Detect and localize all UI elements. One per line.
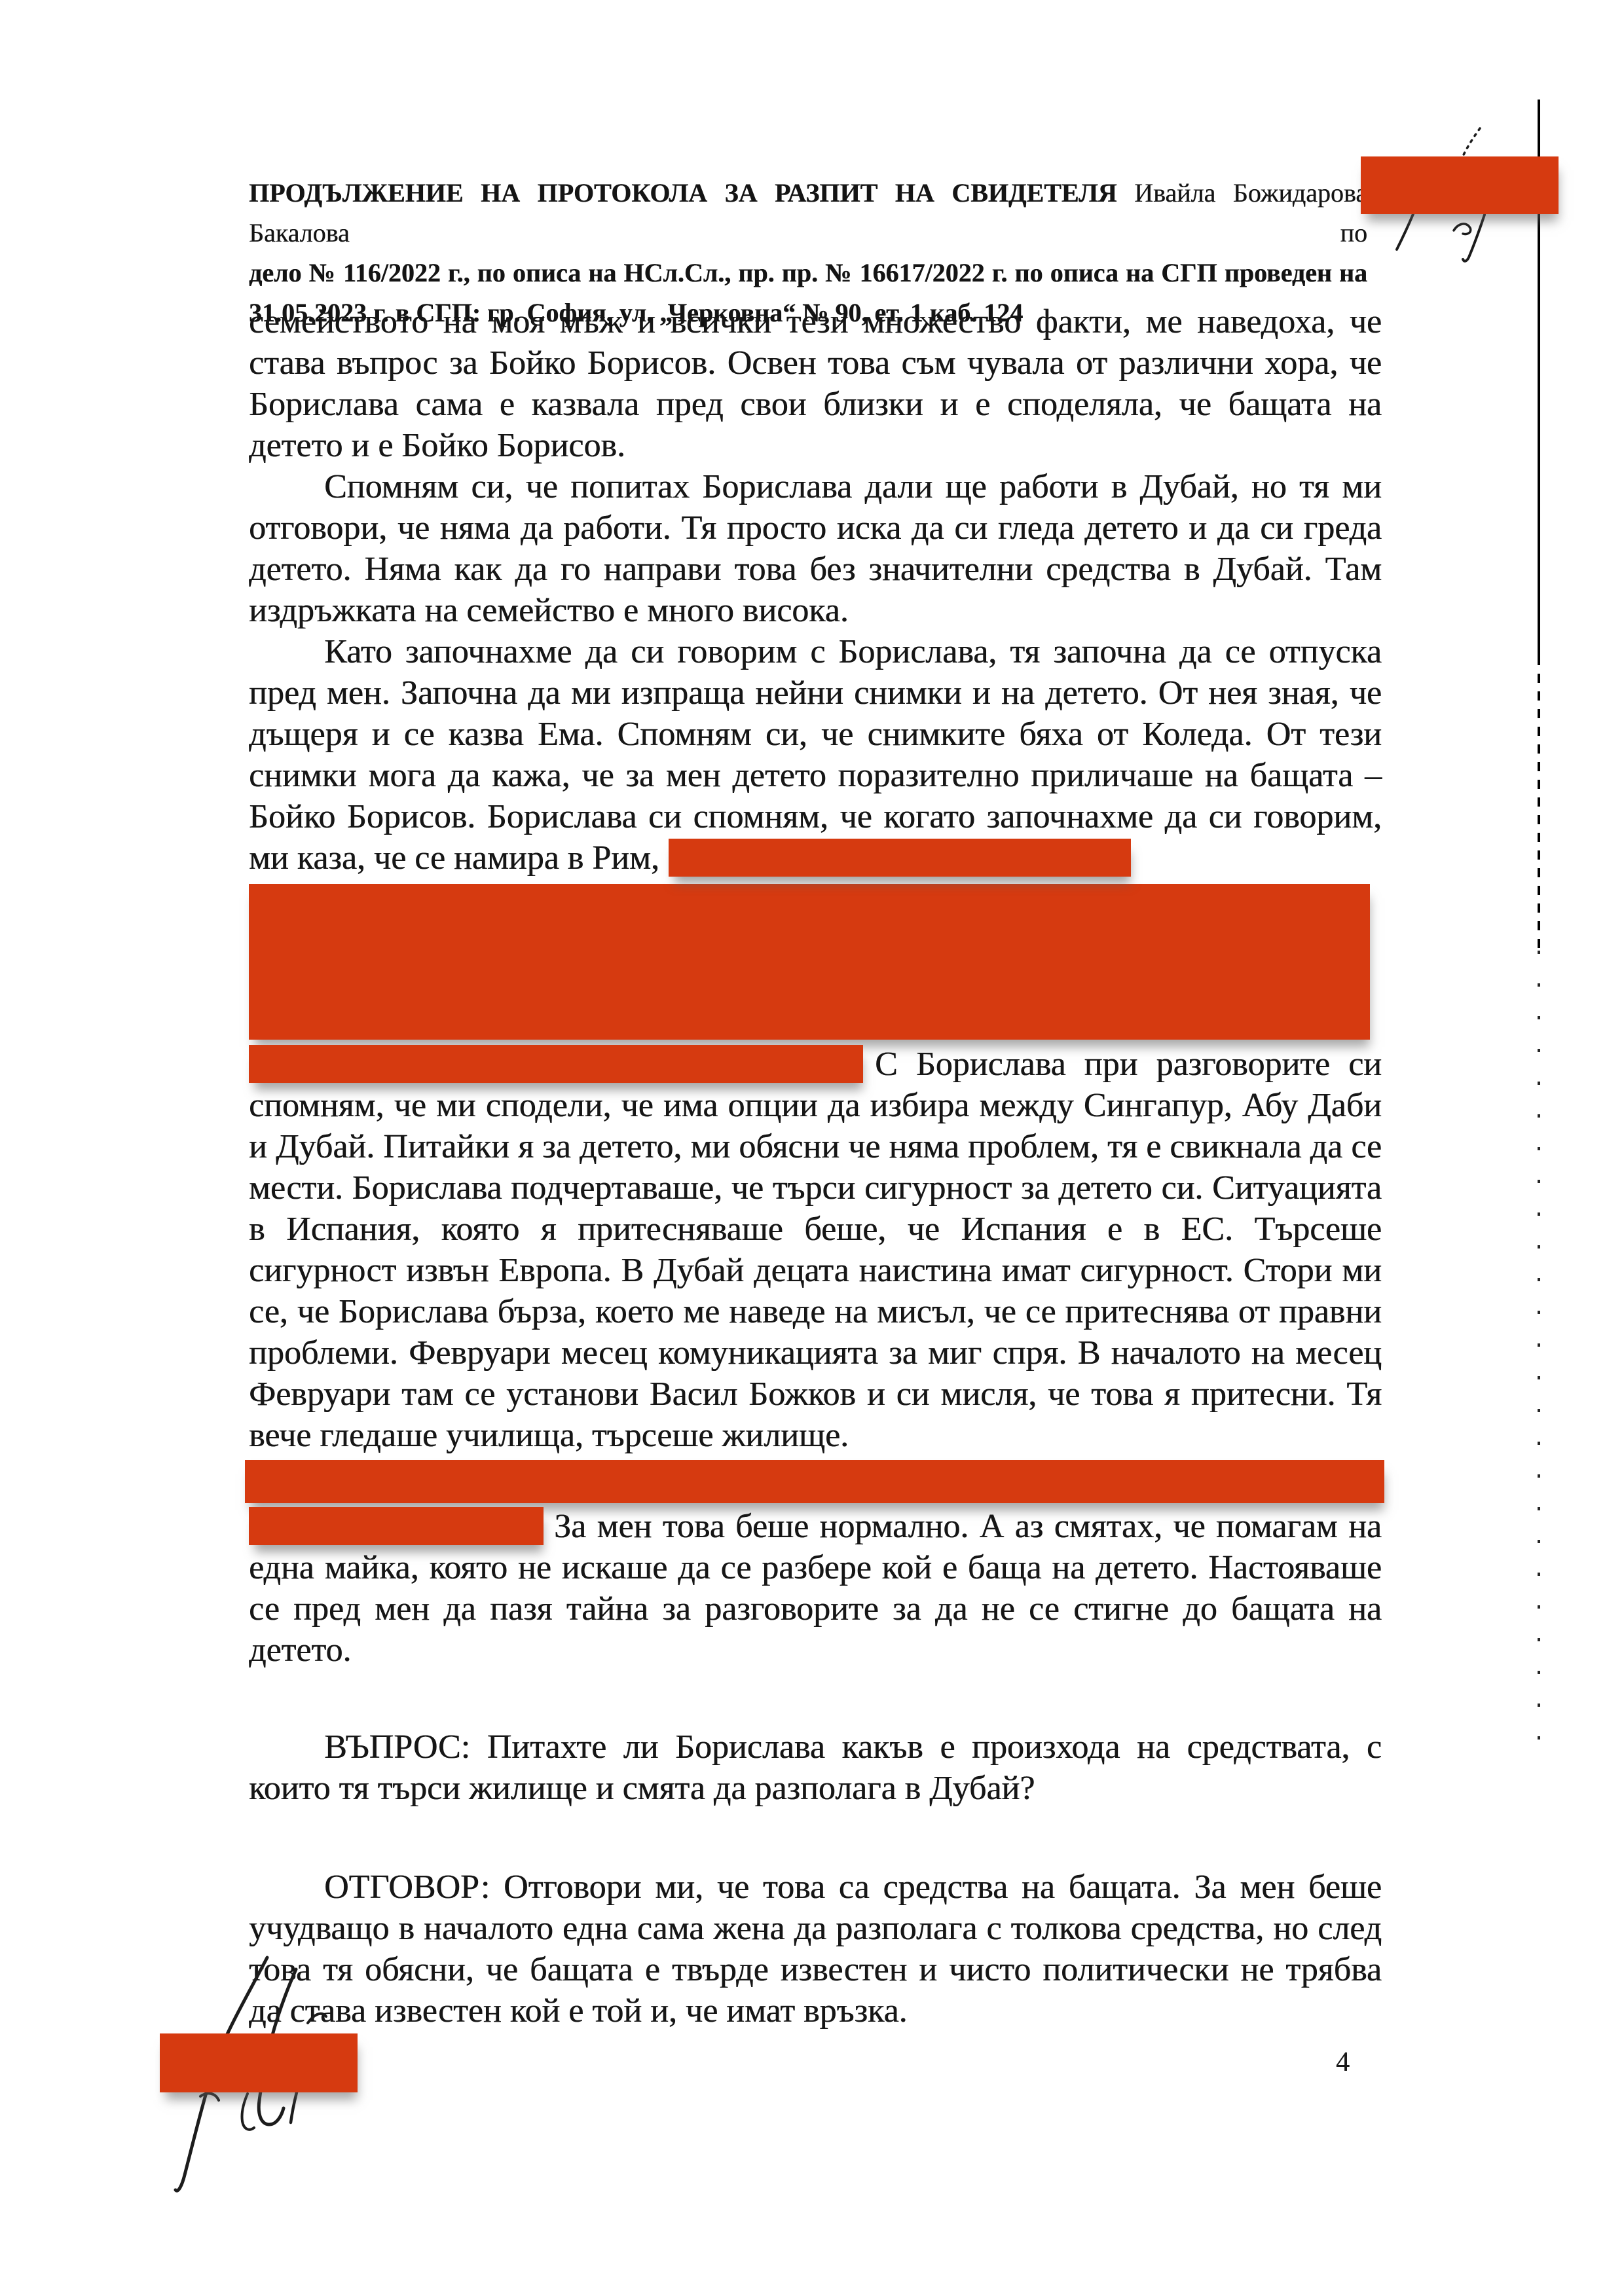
page-number: 4: [1336, 2047, 1350, 2078]
initials-mark: [1397, 214, 1413, 249]
paragraph-3: Като започнахме да си говорим с Борислав…: [249, 631, 1382, 1671]
initials-mark: [1463, 215, 1485, 261]
document-page: ПРОДЪЛЖЕНИЕ НА ПРОТОКОЛА ЗА РАЗПИТ НА СВ…: [0, 0, 1624, 2296]
scan-edge-line-dashed: [1538, 656, 1540, 951]
testimony-text: С Борислава при разговорите си спомням, …: [249, 1046, 1382, 1454]
redaction-box-signature: [160, 2033, 358, 2092]
document-body: семейството на моя мъж и всички тези мно…: [249, 301, 1382, 2032]
redaction-box-block: [249, 884, 1370, 1040]
header-line-1: ПРОДЪЛЖЕНИЕ НА ПРОТОКОЛА ЗА РАЗПИТ НА СВ…: [249, 173, 1367, 253]
question-paragraph: ВЪПРОС: Питахте ли Борислава какъв е про…: [249, 1726, 1382, 1809]
redaction-box-line-start-2: [249, 1507, 544, 1545]
redaction-box-line-end: [669, 839, 1131, 877]
signature-stroke: [291, 2092, 297, 2123]
signature-stroke: [200, 2093, 219, 2100]
redaction-box-line-start: [249, 1045, 863, 1083]
initials-mark: [1454, 224, 1471, 234]
paragraph-2: Спомням си, че попитах Борислава дали ще…: [249, 466, 1382, 631]
header-case-line: дело № 116/2022 г., по описа на НСл.Сл.,…: [249, 253, 1367, 293]
header-title: ПРОДЪЛЖЕНИЕ НА ПРОТОКОЛА ЗА РАЗПИТ НА СВ…: [249, 178, 1117, 208]
redaction-box-header: [1361, 156, 1559, 214]
redaction-box-block-2: [245, 1460, 1384, 1503]
answer-paragraph: ОТГОВОР: Отговори ми, че това са средств…: [249, 1867, 1382, 2032]
paragraph-1: семейството на моя мъж и всички тези мно…: [249, 301, 1382, 466]
scan-edge-line-dotted: [1538, 951, 1540, 1769]
signature-stroke: [242, 2094, 254, 2130]
